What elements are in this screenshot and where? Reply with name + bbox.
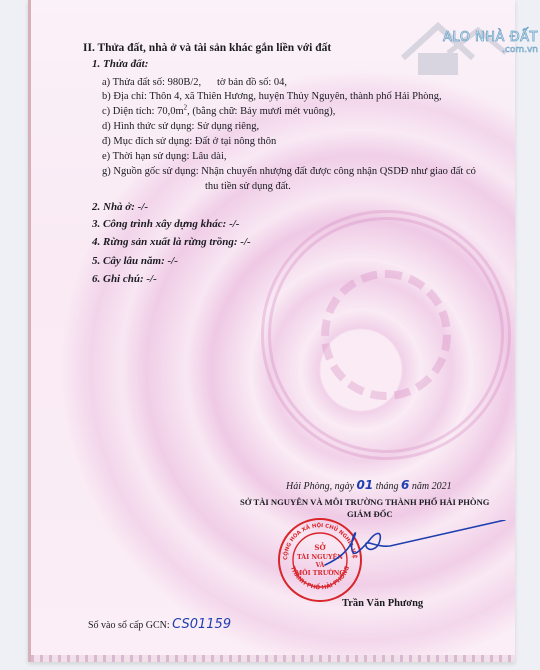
subsection-title-land: 1. Thửa đất: [92,58,148,71]
date-day: 01 [357,478,374,492]
signer-name: Trần Văn Phương [342,597,423,610]
date-year: năm 2021 [412,481,452,492]
item-planted-forest: 4. Rừng sản xuất là rừng trồng: -/- [92,236,251,249]
watermark-domain: .com.vn [443,45,538,55]
item-notes: 6. Ghi chú: -/- [92,273,157,286]
map-sheet-number: tờ bản đồ số: 04, [217,76,287,89]
usage-origin-line2: thu tiền sử dụng đất. [205,180,291,193]
handwritten-signature [320,520,510,570]
item-perennial-trees: 5. Cây lâu năm: -/- [92,255,178,268]
watermark-logo: ALO NHÀ ĐẤT .com.vn [443,30,538,55]
watermark-brand: ALO NHÀ ĐẤT [443,30,538,45]
page-bottom-edge [31,655,515,662]
usage-purpose: đ) Mục đích sử dụng: Đất ở tại nông thôn [102,135,276,148]
section-title: II. Thửa đất, nhà ở và tài sản khác gắn … [83,42,331,55]
parcel-number: a) Thửa đất số: 980B/2, [102,76,201,89]
area: c) Diện tích: 70,0m2, (bằng chữ: Bảy mươ… [102,105,335,118]
date-month-label: tháng [376,481,399,492]
issue-date: Hải Phòng, ngày 01 tháng 6 năm 2021 [286,479,452,493]
area-prefix: c) Diện tích: 70,0m [102,106,184,117]
registry-value: CS01159 [172,617,231,632]
usage-term: e) Thời hạn sử dụng: Lâu dài, [102,150,226,163]
registry-number: Số vào sổ cấp GCN: CS01159 [88,618,231,632]
usage-origin-line1: g) Nguồn gốc sử dụng: Nhận chuyển nhượng… [102,165,476,178]
area-suffix: , (bằng chữ: Bảy mươi mét vuông), [187,106,335,117]
item-other-construction: 3. Công trình xây dựng khác: -/- [92,218,239,231]
date-prefix: Hải Phòng, ngày [286,481,354,492]
usage-form: d) Hình thức sử dụng: Sử dụng riêng, [102,120,259,133]
date-month: 6 [401,478,409,492]
item-house: 2. Nhà ở: -/- [92,201,148,214]
registry-label: Số vào sổ cấp GCN: [88,620,170,631]
svg-text:MÔI TRƯỜNG: MÔI TRƯỜNG [295,569,345,577]
bronze-drum-center [321,270,451,400]
address: b) Địa chỉ: Thôn 4, xã Thiên Hương, huyệ… [102,90,442,103]
